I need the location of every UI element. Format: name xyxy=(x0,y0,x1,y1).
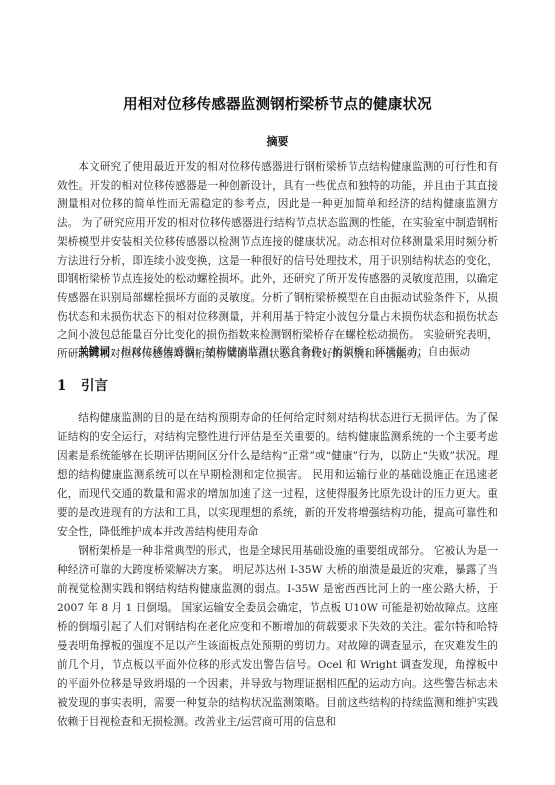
abstract-heading: 摘要 xyxy=(0,133,555,149)
section-number: 1 xyxy=(57,378,81,394)
abstract-body: 本文研究了使用最近开发的相对位移传感器进行钢桁梁桥节点结构健康监测的可行性和有效… xyxy=(57,158,498,364)
section-heading-introduction: 1引言 xyxy=(57,374,108,394)
keywords-separator: ： xyxy=(110,346,121,358)
keywords-line: 关键词：相对位移传感器；结构健康监测；联合条件；桁架桥；环境振动；自由振动 xyxy=(57,343,498,362)
introduction-body: 结构健康监测的目的是在结构预期寿命的任何给定时刻对结构状态进行无损评估。为了保证… xyxy=(57,409,498,732)
keywords-list: 相对位移传感器；结构健康监测；联合条件；桁架桥；环境振动；自由振动 xyxy=(121,346,471,358)
intro-paragraph-1: 结构健康监测的目的是在结构预期寿命的任何给定时刻对结构状态进行无损评估。为了保证… xyxy=(57,409,498,542)
keywords-label: 关键词 xyxy=(78,346,110,358)
abstract-paragraph: 本文研究了使用最近开发的相对位移传感器进行钢桁梁桥节点结构健康监测的可行性和有效… xyxy=(57,158,498,364)
section-title: 引言 xyxy=(81,378,108,394)
document-page: 用相对位移传感器监测钢桁梁桥节点的健康状况 摘要 本文研究了使用最近开发的相对位… xyxy=(0,0,555,785)
intro-paragraph-2: 钢桁架桥是一种非常典型的形式，也是全球民用基础设施的重要组成部分。 它被认为是一… xyxy=(57,542,498,732)
paper-title: 用相对位移传感器监测钢桁梁桥节点的健康状况 xyxy=(0,93,555,114)
